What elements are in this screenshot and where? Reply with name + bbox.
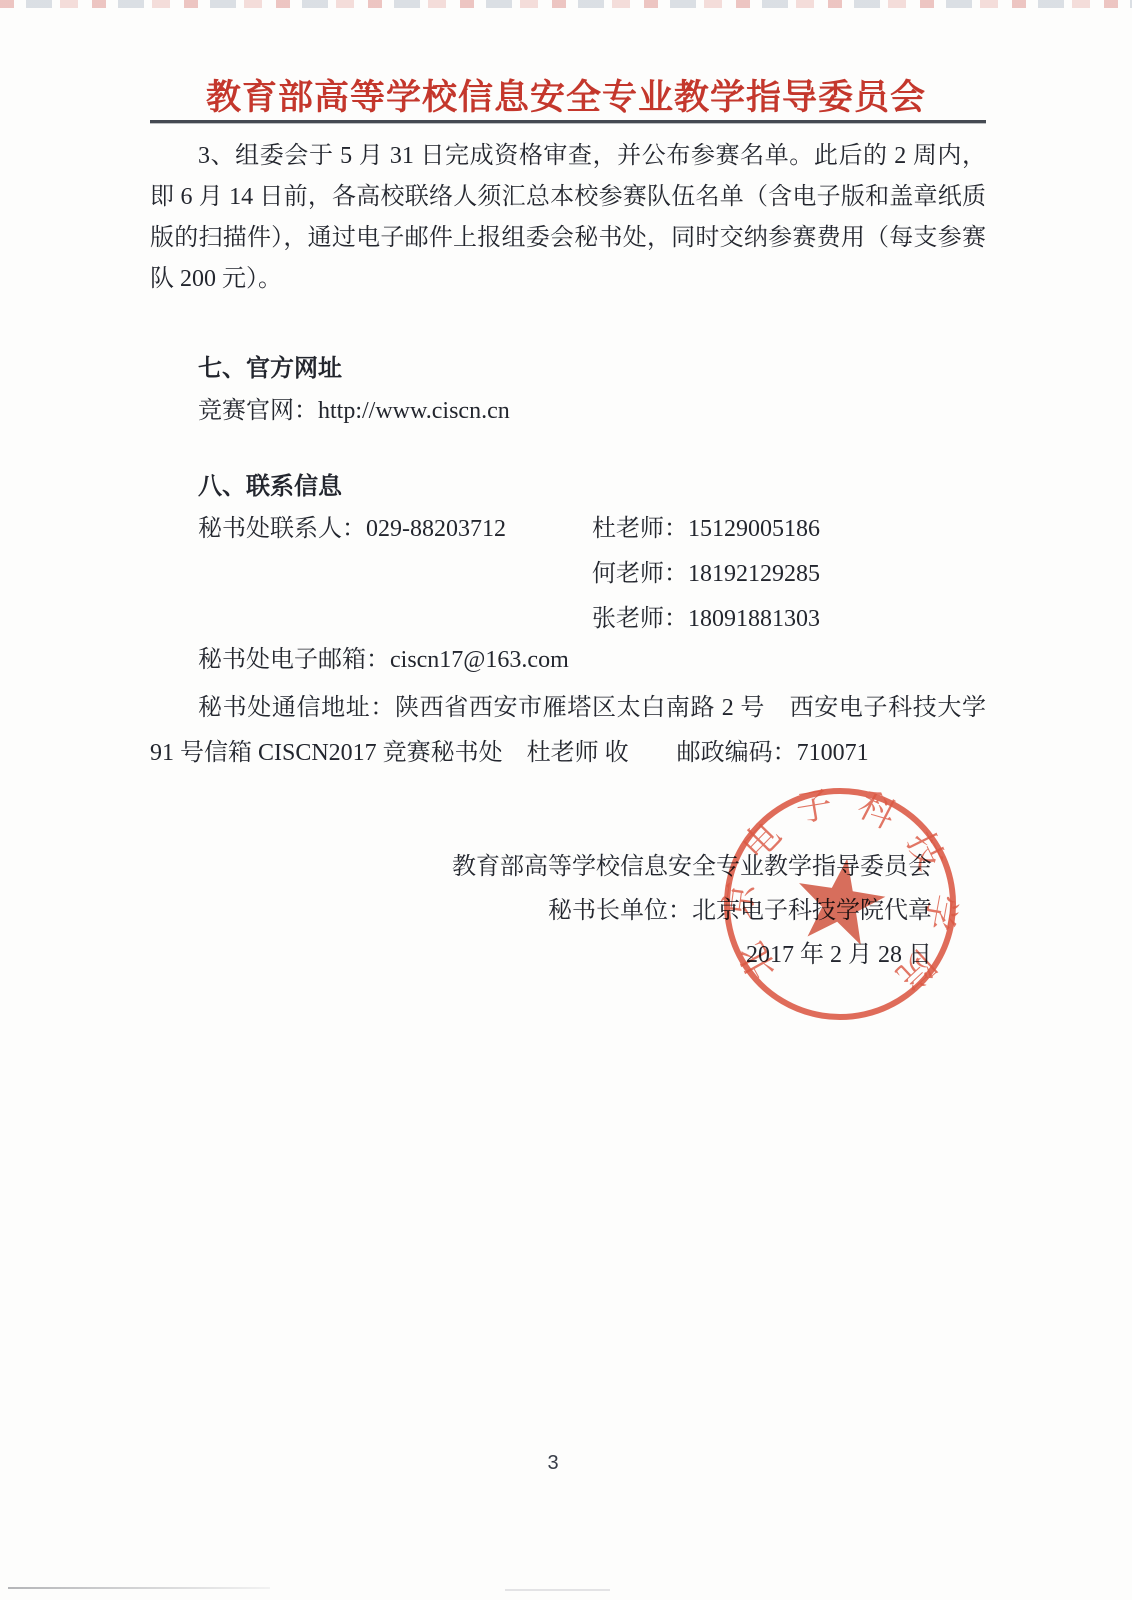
teacher-contact-column: 杜老师：15129005186 何老师：18192129285 张老师：1809… xyxy=(592,512,992,647)
signature-org-line: 教育部高等学校信息安全专业教学指导委员会 xyxy=(232,845,932,889)
section-7-heading: 七、官方网址 xyxy=(150,352,986,386)
official-website-line: 竞赛官网：http://www.ciscn.cn xyxy=(150,394,986,428)
scan-edge-artifact-top xyxy=(0,0,1132,8)
scan-edge-artifact-bottom-smudge xyxy=(505,1589,610,1591)
signature-block: 教育部高等学校信息安全专业教学指导委员会 秘书长单位：北京电子科技学院代章 20… xyxy=(232,845,932,977)
signature-unit-line: 秘书长单位：北京电子科技学院代章 xyxy=(232,889,932,933)
secretariat-address-paragraph: 秘书处通信地址：陕西省西安市雁塔区太白南路 2 号 西安电子科技大学 91 号信… xyxy=(150,686,986,776)
teacher-contact-he: 何老师：18192129285 xyxy=(592,557,992,602)
teacher-contact-zhang: 张老师：18091881303 xyxy=(592,602,992,647)
paragraph-item-3: 3、组委会于 5 月 31 日完成资格审查，并公布参赛名单。此后的 2 周内，即… xyxy=(150,136,986,300)
scanned-document-page: 教育部高等学校信息安全专业教学指导委员会 3、组委会于 5 月 31 日完成资格… xyxy=(0,0,1132,1600)
signature-date-line: 2017 年 2 月 28 日 xyxy=(232,933,932,977)
document-header-title: 教育部高等学校信息安全专业教学指导委员会 xyxy=(0,70,1132,120)
header-divider-rule xyxy=(150,120,986,123)
section-8-heading: 八、联系信息 xyxy=(150,470,986,504)
secretariat-email-line: 秘书处电子邮箱：ciscn17@163.com xyxy=(150,643,986,677)
page-number: 3 xyxy=(0,1452,1106,1475)
scan-edge-artifact-bottom-line xyxy=(8,1587,270,1589)
teacher-contact-du: 杜老师：15129005186 xyxy=(592,512,992,557)
